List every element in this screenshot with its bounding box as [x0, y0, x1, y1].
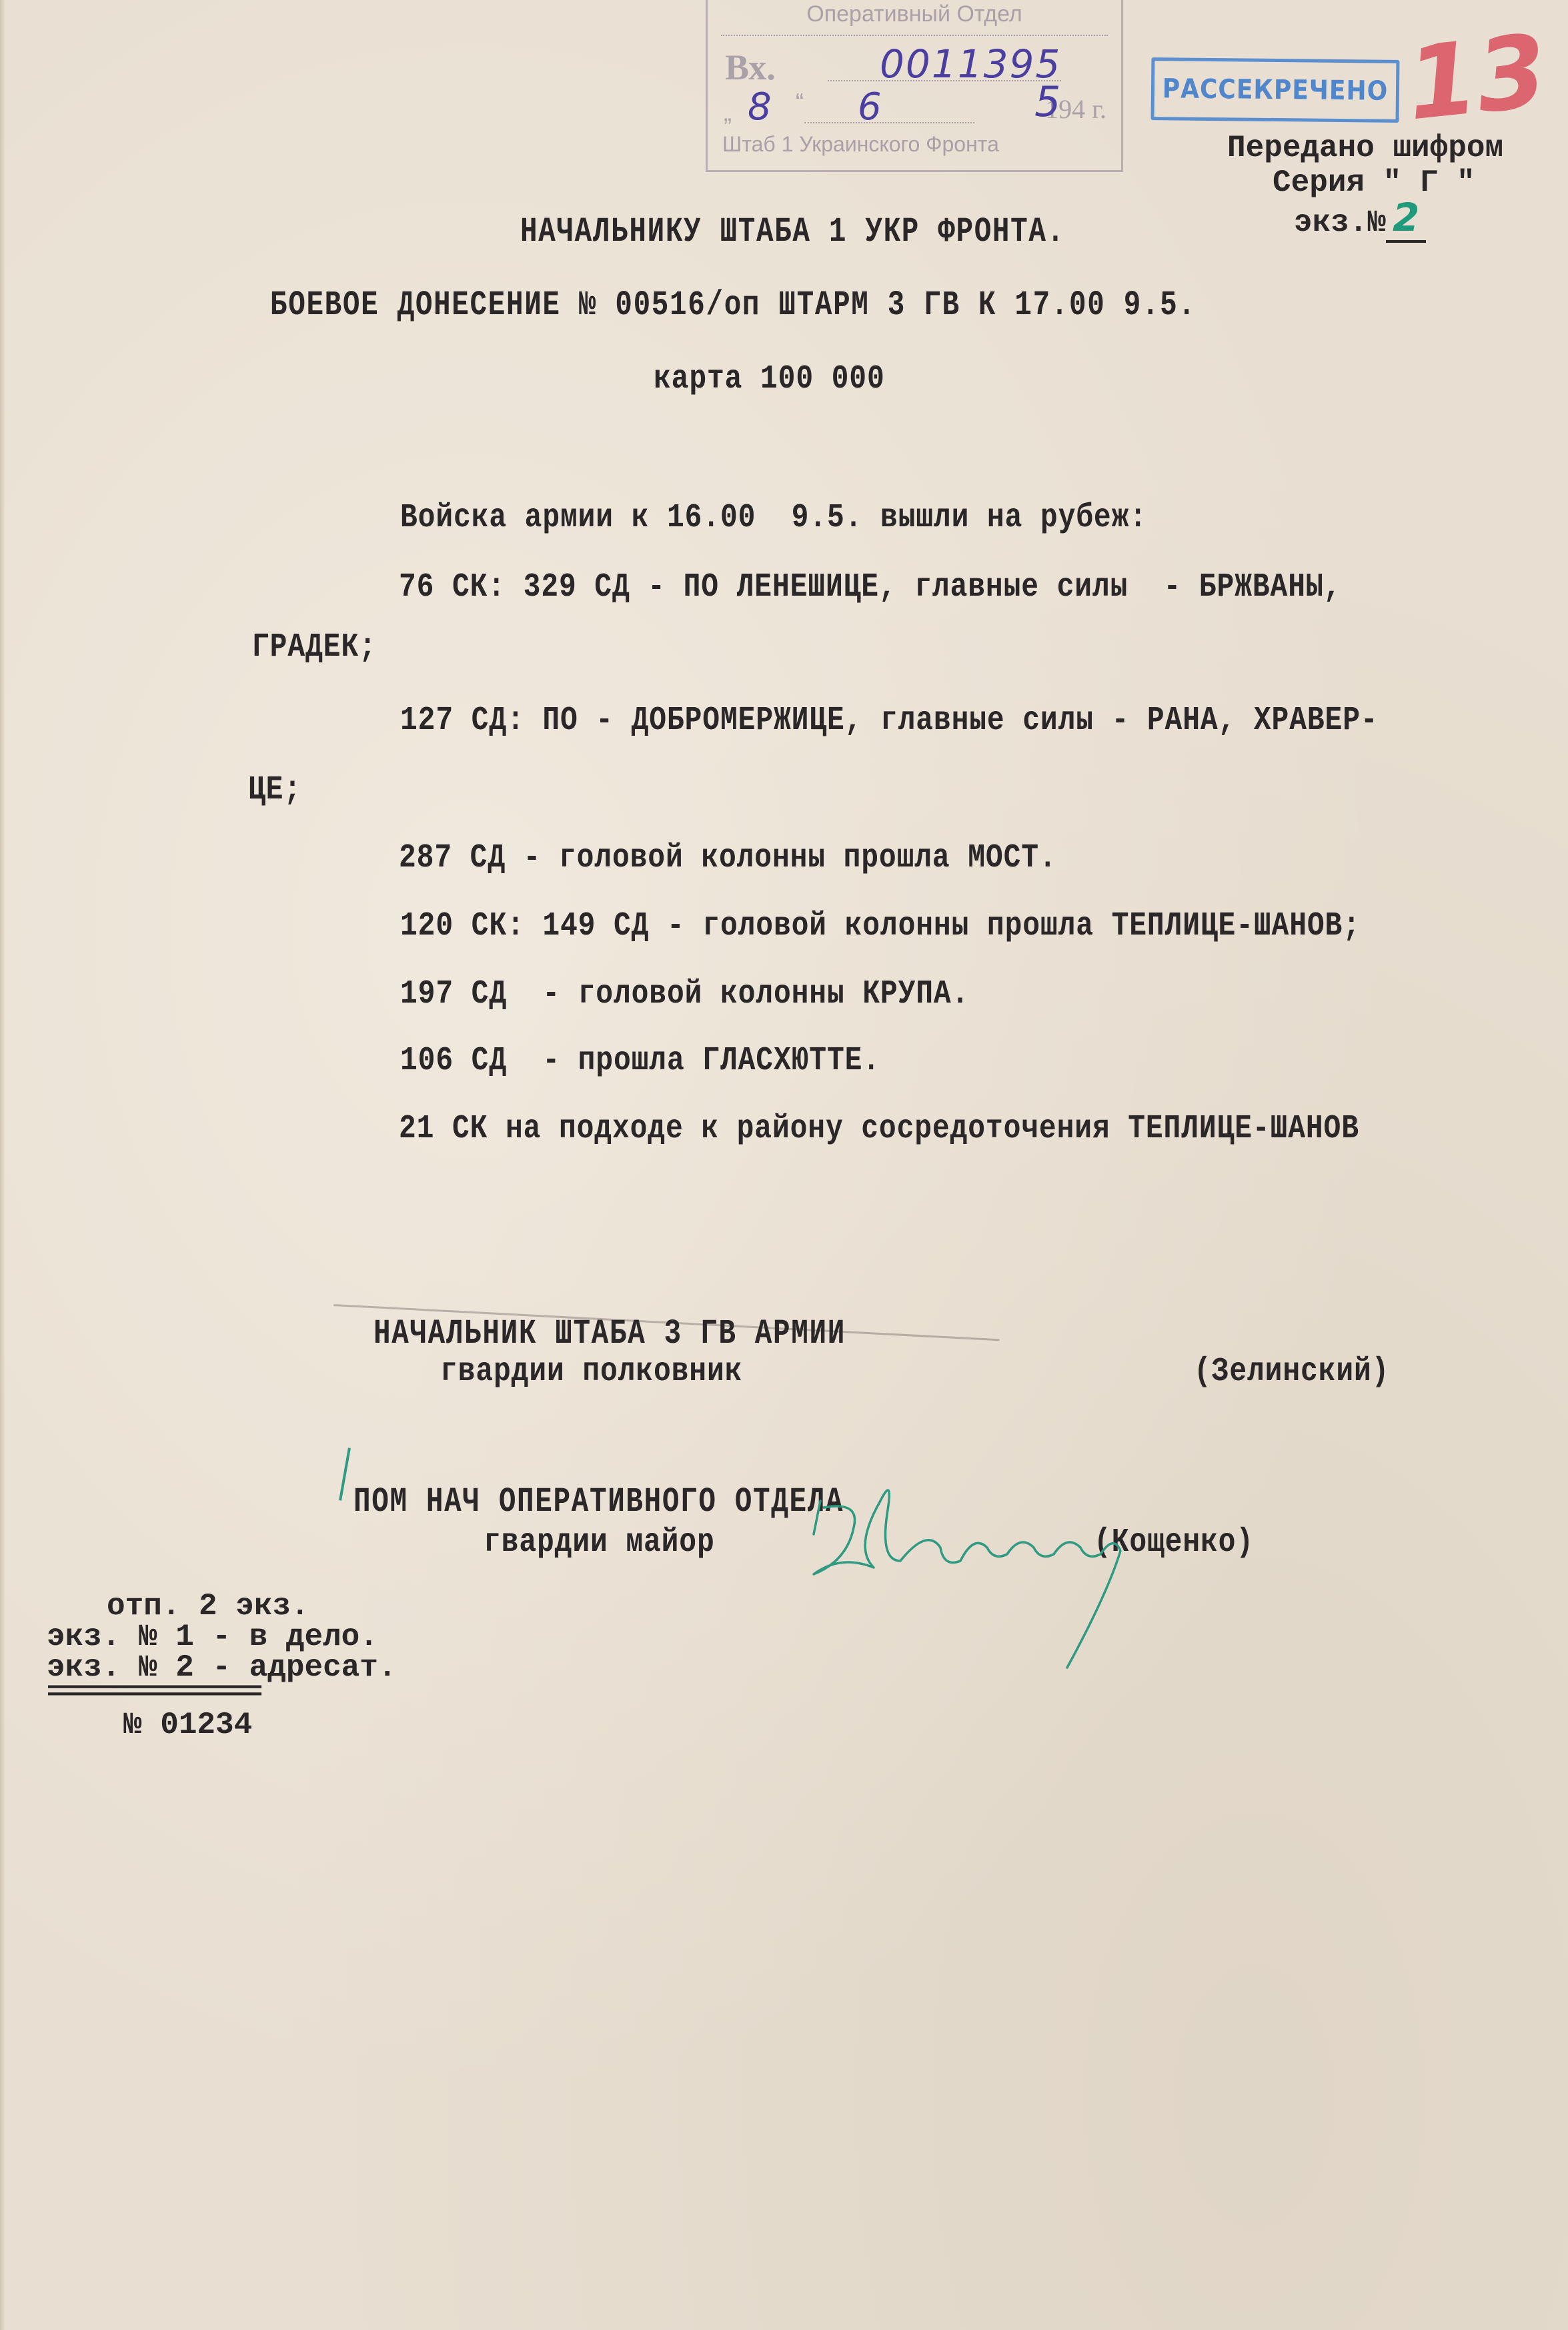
copy-number-handwritten: 2	[1386, 195, 1426, 243]
cipher-copy-line: экз.№2	[1227, 200, 1503, 240]
body-line-2: 76 СК: 329 СД - ПО ЛЕНЕШИЦЕ, главные сил…	[399, 568, 1341, 606]
incoming-day-handwritten: 8	[748, 85, 772, 129]
map-scale-line: карта 100 000	[654, 360, 885, 398]
stamp-organization: Штаб 1 Украинского Фронта	[722, 132, 999, 157]
stamp-date-line	[804, 122, 974, 123]
incoming-month-handwritten: 6	[858, 85, 882, 129]
declassified-stamp: РАССЕКРЕЧЕНО	[1151, 57, 1400, 123]
stamp-divider	[721, 35, 1108, 36]
deputy-rank: гвардии майор	[484, 1524, 715, 1562]
cipher-copy-prefix: экз.№	[1294, 205, 1386, 240]
stamp-department: Оперативный Отдел	[708, 1, 1121, 27]
declassified-label: РАССЕКРЕЧЕНО	[1162, 73, 1389, 107]
incoming-year-handwritten: 5	[1034, 77, 1060, 126]
registration-number: № 01234	[47, 1710, 397, 1740]
addressee-line: НАЧАЛЬНИКУ ШТАБА 1 УКР ФРОНТА.	[520, 212, 1065, 251]
stamp-quote-close: “	[796, 88, 804, 116]
body-line-10: 21 СК на подходе к району сосредоточения…	[399, 1110, 1359, 1148]
cipher-series: Серия " Г "	[1227, 165, 1503, 200]
page-edge-shadow	[0, 0, 5, 2330]
document-page	[0, 0, 1568, 2330]
cipher-transmission-note: Передано шифром Серия " Г " экз.№2	[1227, 131, 1503, 240]
cipher-line-1: Передано шифром	[1227, 131, 1503, 165]
copies-count: отп. 2 экз.	[47, 1591, 397, 1622]
sheet-number-handwritten: 13	[1401, 13, 1552, 143]
body-line-1: Войска армии к 16.00 9.5. вышли на рубеж…	[400, 499, 1147, 537]
body-line-3: ГРАДЕК;	[252, 628, 377, 666]
stamp-quote-open: „	[724, 99, 732, 127]
handwritten-signature	[800, 1461, 1227, 1688]
report-title: БОЕВОЕ ДОНЕСЕНИЕ № 00516/оп ШТАРМ 3 ГВ К…	[270, 285, 1197, 325]
body-line-5: ЦЕ;	[248, 771, 301, 809]
copy-1-destination: экз. № 1 - в дело.	[47, 1622, 397, 1652]
footer-separator: ================	[47, 1683, 397, 1703]
deputy-position: ПОМ НАЧ ОПЕРАТИВНОГО ОТДЕЛА	[353, 1482, 844, 1522]
stamp-incoming-prefix: Вх.	[725, 47, 776, 88]
body-line-9: 106 СД - прошла ГЛАСХЮТТЕ.	[400, 1042, 880, 1080]
distribution-footer: отп. 2 экз. экз. № 1 - в дело. экз. № 2 …	[47, 1591, 397, 1740]
body-line-7: 120 СК: 149 СД - головой колонны прошла …	[400, 907, 1361, 945]
chief-rank: гвардии полковник	[440, 1353, 742, 1391]
body-line-8: 197 СД - головой колонны КРУПА.	[400, 975, 969, 1013]
chief-name: (Зелинский)	[1194, 1353, 1389, 1391]
body-line-6: 287 СД - головой колонны прошла МОСТ.	[399, 839, 1057, 877]
body-line-4: 127 СД: ПО - ДОБРОМЕРЖИЦЕ, главные силы …	[400, 702, 1379, 740]
chief-position: НАЧАЛЬНИК ШТАБА 3 ГВ АРМИИ	[373, 1314, 846, 1353]
incoming-registration-stamp: Оперативный Отдел Вх. „ “ 194 г. Штаб 1 …	[706, 0, 1123, 172]
